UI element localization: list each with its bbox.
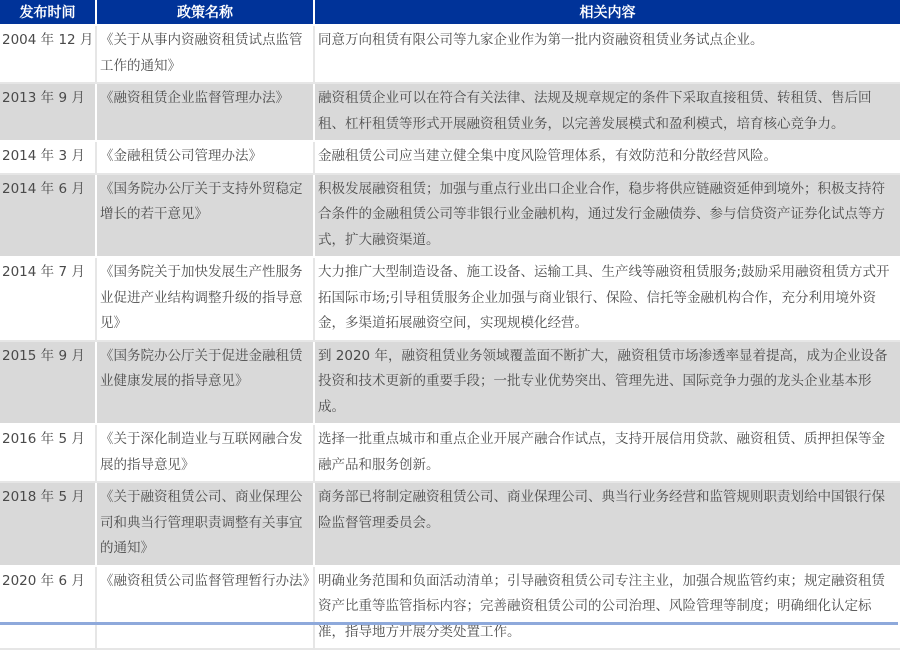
policy-cell: 《关于从事内资融资租赁试点监管工作的通知》 xyxy=(96,25,314,83)
table-row: 2004 年 12 月 《关于从事内资融资租赁试点监管工作的通知》 同意万向租赁… xyxy=(0,25,900,83)
header-date: 发布时间 xyxy=(0,0,96,25)
date-cell: 2014 年 3 月 xyxy=(0,141,96,174)
policy-cell: 《国务院关于加快发展生产性服务业促进产业结构调整升级的指导意见》 xyxy=(96,257,314,341)
policy-cell: 《关于深化制造业与互联网融合发展的指导意见》 xyxy=(96,424,314,482)
policy-cell: 《融资租赁公司监督管理暂行办法》 xyxy=(96,566,314,627)
header-content: 相关内容 xyxy=(314,0,900,25)
content-cell: 到 2020 年，融资租赁业务领域覆盖面不断扩大，融资租赁市场渗透率显着提高，成… xyxy=(314,341,900,425)
content-cell: 同意万向租赁有限公司等九家企业作为第一批内资融资租赁业务试点企业。 xyxy=(314,25,900,83)
date-cell: 2015 年 9 月 xyxy=(0,341,96,425)
header-policy-name: 政策名称 xyxy=(96,0,314,25)
table-row: 2014 年 7 月 《国务院关于加快发展生产性服务业促进产业结构调整升级的指导… xyxy=(0,257,900,341)
policy-cell: 《融资租赁企业监督管理办法》 xyxy=(96,83,314,141)
content-cell: 积极发展融资租赁；加强与重点行业出口企业合作，稳步将供应链融资延伸到境外；积极支… xyxy=(314,174,900,258)
content-cell: 大力推广大型制造设备、施工设备、运输工具、生产线等融资租赁服务;鼓励采用融资租赁… xyxy=(314,257,900,341)
content-cell: 选择一批重点城市和重点企业开展产融合作试点，支持开展信用贷款、融资租赁、质押担保… xyxy=(314,424,900,482)
date-cell: 2016 年 5 月 xyxy=(0,424,96,482)
policy-cell: 《国务院办公厅关于促进金融租赁业健康发展的指导意见》 xyxy=(96,341,314,425)
content-cell: 明确业务范围和负面活动清单；引导融资租赁公司专注主业，加强合规监管约束；规定融资… xyxy=(314,566,900,627)
date-cell: 2014 年 7 月 xyxy=(0,257,96,341)
policy-cell: 《关于融资租赁公司、商业保理公司和典当行管理职责调整有关事宜的通知》 xyxy=(96,482,314,566)
date-cell: 2020 年 6 月 xyxy=(0,566,96,627)
policy-cell: 《金融租赁公司管理办法》 xyxy=(96,141,314,174)
content-cell: 金融租赁公司应当建立健全集中度风险管理体系，有效防范和分散经营风险。 xyxy=(314,141,900,174)
table-row: 2014 年 3 月 《金融租赁公司管理办法》 金融租赁公司应当建立健全集中度风… xyxy=(0,141,900,174)
table-row: 2016 年 5 月 《关于深化制造业与互联网融合发展的指导意见》 选择一批重点… xyxy=(0,424,900,482)
table-row: 2015 年 9 月 《国务院办公厅关于促进金融租赁业健康发展的指导意见》 到 … xyxy=(0,341,900,425)
date-cell: 2004 年 12 月 xyxy=(0,25,96,83)
table-row: 2018 年 5 月 《关于融资租赁公司、商业保理公司和典当行管理职责调整有关事… xyxy=(0,482,900,566)
date-cell: 2018 年 5 月 xyxy=(0,482,96,566)
date-cell: 2014 年 6 月 xyxy=(0,174,96,258)
table-bottom-rule xyxy=(0,622,898,625)
policy-cell: 《国务院办公厅关于支持外贸稳定增长的若干意见》 xyxy=(96,174,314,258)
table-row: 2013 年 9 月 《融资租赁企业监督管理办法》 融资租赁企业可以在符合有关法… xyxy=(0,83,900,141)
content-cell: 商务部已将制定融资租赁公司、商业保理公司、典当行业务经营和监管规则职责划给中国银… xyxy=(314,482,900,566)
policy-table: 发布时间 政策名称 相关内容 2004 年 12 月 《关于从事内资融资租赁试点… xyxy=(0,0,900,626)
content-cell: 融资租赁企业可以在符合有关法律、法规及规章规定的条件下采取直接租赁、转租赁、售后… xyxy=(314,83,900,141)
table-header-row: 发布时间 政策名称 相关内容 xyxy=(0,0,900,25)
date-cell: 2013 年 9 月 xyxy=(0,83,96,141)
table-row: 2020 年 6 月 《融资租赁公司监督管理暂行办法》 明确业务范围和负面活动清… xyxy=(0,566,900,627)
table-row: 2014 年 6 月 《国务院办公厅关于支持外贸稳定增长的若干意见》 积极发展融… xyxy=(0,174,900,258)
